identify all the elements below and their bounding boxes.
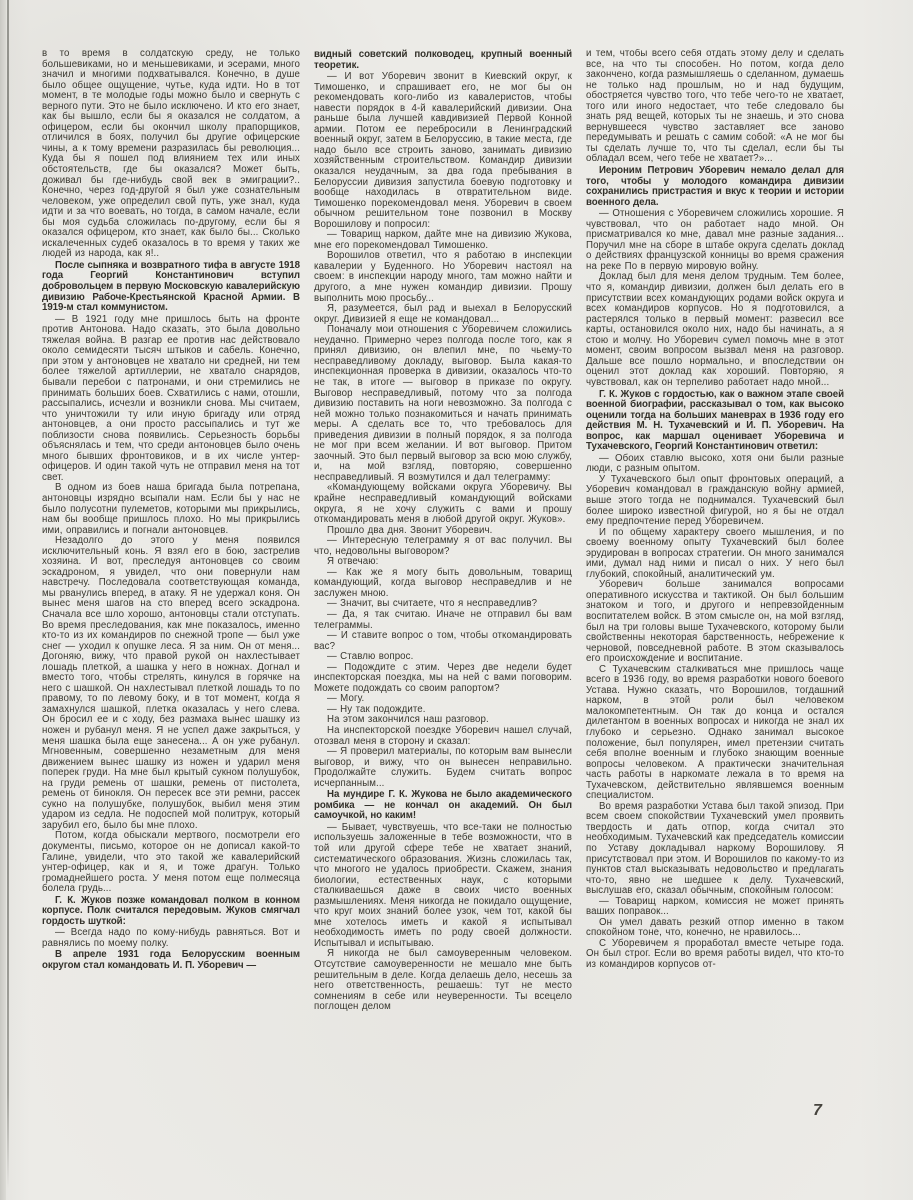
paragraph: С Уборевичем я проработал вместе четыре … xyxy=(586,939,844,971)
paragraph: — Обоих ставлю высоко, хотя они были раз… xyxy=(586,454,844,475)
paragraph: На мундире Г. К. Жукова не было академич… xyxy=(314,790,572,822)
paragraph: — Интересную телеграмму я от вас получил… xyxy=(314,536,572,557)
paragraph: — Товарищ нарком, дайте мне на дивизию Ж… xyxy=(314,230,572,251)
text-columns: в то время в солдатскую среду, не только… xyxy=(42,49,844,1109)
paragraph: С Тухачевским сталкиваться мне пришлось … xyxy=(586,665,844,802)
paragraph: — И ставите вопрос о том, чтобы откоманд… xyxy=(314,631,572,652)
paragraph: — Я проверил материалы, по которым вам в… xyxy=(314,747,572,789)
paragraph: Я никогда не был самоуверенным человеком… xyxy=(314,949,572,1012)
page-number: 7 xyxy=(813,1102,822,1120)
paragraph: Уборевич больше занимался вопросами опер… xyxy=(586,580,844,664)
text-column-1: в то время в солдатскую среду, не только… xyxy=(42,49,300,1109)
paragraph: — Да, я так считаю. Иначе не отправил бы… xyxy=(314,610,572,631)
paragraph: — Всегда надо по кому-нибудь равняться. … xyxy=(42,928,300,949)
paragraph: — Как же я могу быть довольным, товарищ … xyxy=(314,568,572,600)
paragraph: После сыпняка и возвратного тифа в авгус… xyxy=(42,261,300,314)
paragraph: — И вот Уборевич звонит в Киевский округ… xyxy=(314,72,572,230)
paragraph: В одном из боев наша бригада была потреп… xyxy=(42,483,300,536)
paragraph: Иероним Петрович Уборевич немало делал д… xyxy=(586,166,844,208)
paragraph: Ворошилов ответил, что я работаю в инспе… xyxy=(314,251,572,304)
paragraph: Потом, когда обыскали мертвого, посмотре… xyxy=(42,831,300,894)
scan-fold-line xyxy=(7,0,9,1188)
paragraph: И по общему характеру своего мышления, и… xyxy=(586,528,844,581)
paragraph: — Отношения с Уборевичем сложились хорош… xyxy=(586,209,844,272)
paragraph: — Бывает, чувствуешь, что все-таки не по… xyxy=(314,823,572,950)
text-column-3: и тем, чтобы всего себя отдать этому дел… xyxy=(586,49,844,1109)
paragraph: В апреле 1931 года Белорусским военным о… xyxy=(42,950,300,971)
paragraph: и тем, чтобы всего себя отдать этому дел… xyxy=(586,49,844,165)
paragraph: Г. К. Жуков с гордостью, как о важном эт… xyxy=(586,390,844,453)
paragraph: Доклад был для меня делом трудным. Тем б… xyxy=(586,272,844,388)
page-left-edge-shading xyxy=(0,0,6,1200)
paragraph: в то время в солдатскую среду, не только… xyxy=(42,49,300,260)
paragraph: На инспекторской поездке Уборевич нашел … xyxy=(314,726,572,747)
paragraph: Незадолго до этого у меня появился исклю… xyxy=(42,536,300,831)
text-column-2: видный советский полководец, крупный вое… xyxy=(314,49,572,1109)
paragraph: Г. К. Жуков позже командовал полком в ко… xyxy=(42,896,300,928)
paragraph: Во время разработки Устава был такой эпи… xyxy=(586,802,844,897)
paragraph: Я, разумеется, был рад и выехал в Белору… xyxy=(314,304,572,325)
paragraph: — В 1921 году мне пришлось быть на фронт… xyxy=(42,315,300,484)
paragraph: Он умел давать резкий отпор именно в так… xyxy=(586,918,844,939)
paragraph: У Тухачевского был опыт фронтовых операц… xyxy=(586,475,844,528)
paragraph: видный советский полководец, крупный вое… xyxy=(314,50,572,71)
paragraph: Поначалу мои отношения с Уборевичем слож… xyxy=(314,325,572,483)
paragraph: «Командующему войсками округа Уборевичу.… xyxy=(314,483,572,525)
paragraph: — Подождите с этим. Через две недели буд… xyxy=(314,663,572,695)
paragraph: — Товарищ нарком, комиссия не может прин… xyxy=(586,897,844,918)
